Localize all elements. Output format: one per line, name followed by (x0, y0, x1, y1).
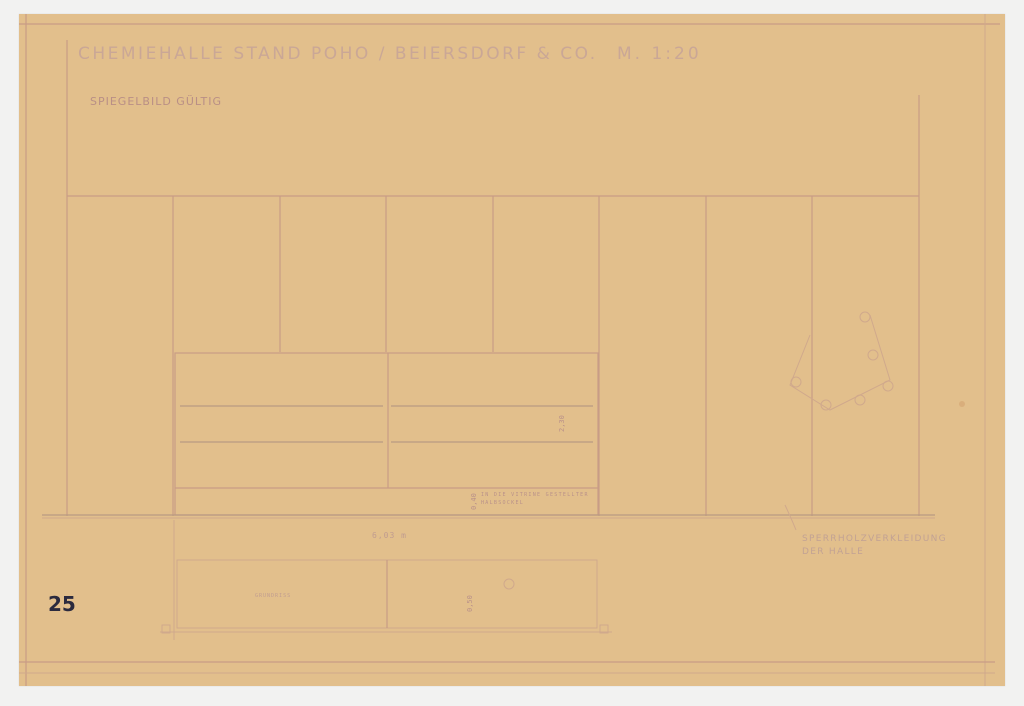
plan-depth-dimension: 0,50 (466, 595, 474, 612)
base-note: IN DIE VITRINE GESTELLTER HALBSOCKEL (481, 491, 591, 507)
drawing-subtitle: SPIEGELBILD GÜLTIG (90, 95, 222, 108)
drawing-scale: M. 1:20 (617, 44, 702, 64)
side-note-line1: SPERRHOLZVERKLEIDUNG (802, 533, 947, 546)
side-note-line2: DER HALLE (802, 546, 947, 559)
drawing-title: CHEMIEHALLE STAND POHO / BEIERSDORF & CO… (78, 44, 598, 64)
border-frame (19, 14, 1000, 686)
height-dimension-upper: 2,30 (558, 415, 566, 432)
floor-plan (160, 560, 612, 633)
overall-width-dimension: 6,03 m (372, 531, 407, 540)
side-note: SPERRHOLZVERKLEIDUNG DER HALLE (802, 533, 947, 559)
sheet-number-stamp: 25 (48, 592, 76, 616)
plan-label: GRUNDRISS (255, 593, 291, 599)
sketch-circles (790, 312, 893, 410)
wall-panels (173, 196, 812, 516)
height-dimension-base: 0,40 (470, 493, 478, 510)
